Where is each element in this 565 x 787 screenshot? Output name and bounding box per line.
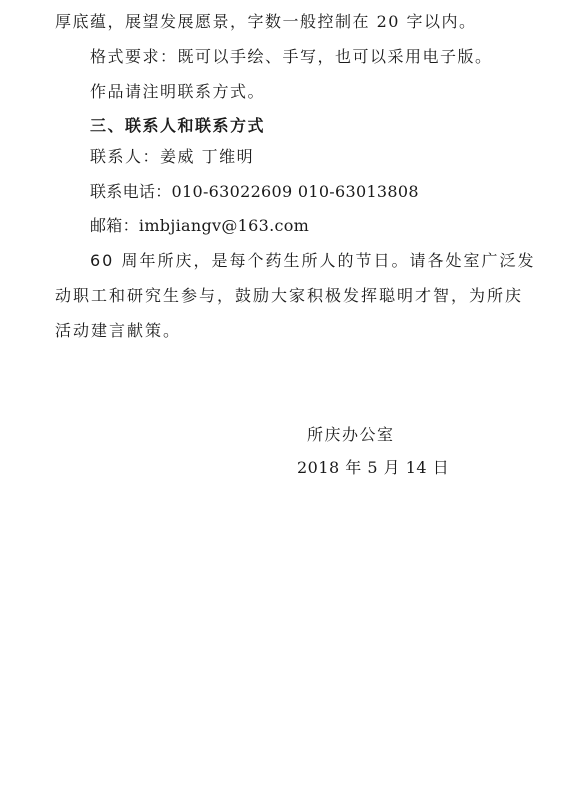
- contact-email: 邮箱：imbjiangv@163.com: [90, 216, 309, 236]
- slogan-requirement-continuation: 厚底蕴，展望发展愿景，字数一般控制在 20 字以内。: [55, 12, 477, 32]
- signature-date: 2018 年 5 月 14 日: [297, 458, 449, 478]
- contact-phone: 联系电话：010-63022609 010-63013808: [90, 182, 419, 202]
- signature-office: 所庆办公室: [307, 425, 395, 445]
- contact-person: 联系人：姜威 丁维明: [90, 147, 254, 167]
- contact-note: 作品请注明联系方式。: [90, 82, 265, 102]
- closing-paragraph-line-2: 动职工和研究生参与，鼓励大家积极发挥聪明才智，为所庆: [55, 286, 523, 306]
- format-requirement: 格式要求：既可以手绘、手写，也可以采用电子版。: [90, 47, 493, 67]
- section-heading-contact: 三、联系人和联系方式: [90, 116, 265, 136]
- closing-paragraph-line-1: 60 周年所庆，是每个药生所人的节日。请各处室广泛发: [90, 251, 535, 271]
- closing-paragraph-line-3: 活动建言献策。: [55, 321, 181, 341]
